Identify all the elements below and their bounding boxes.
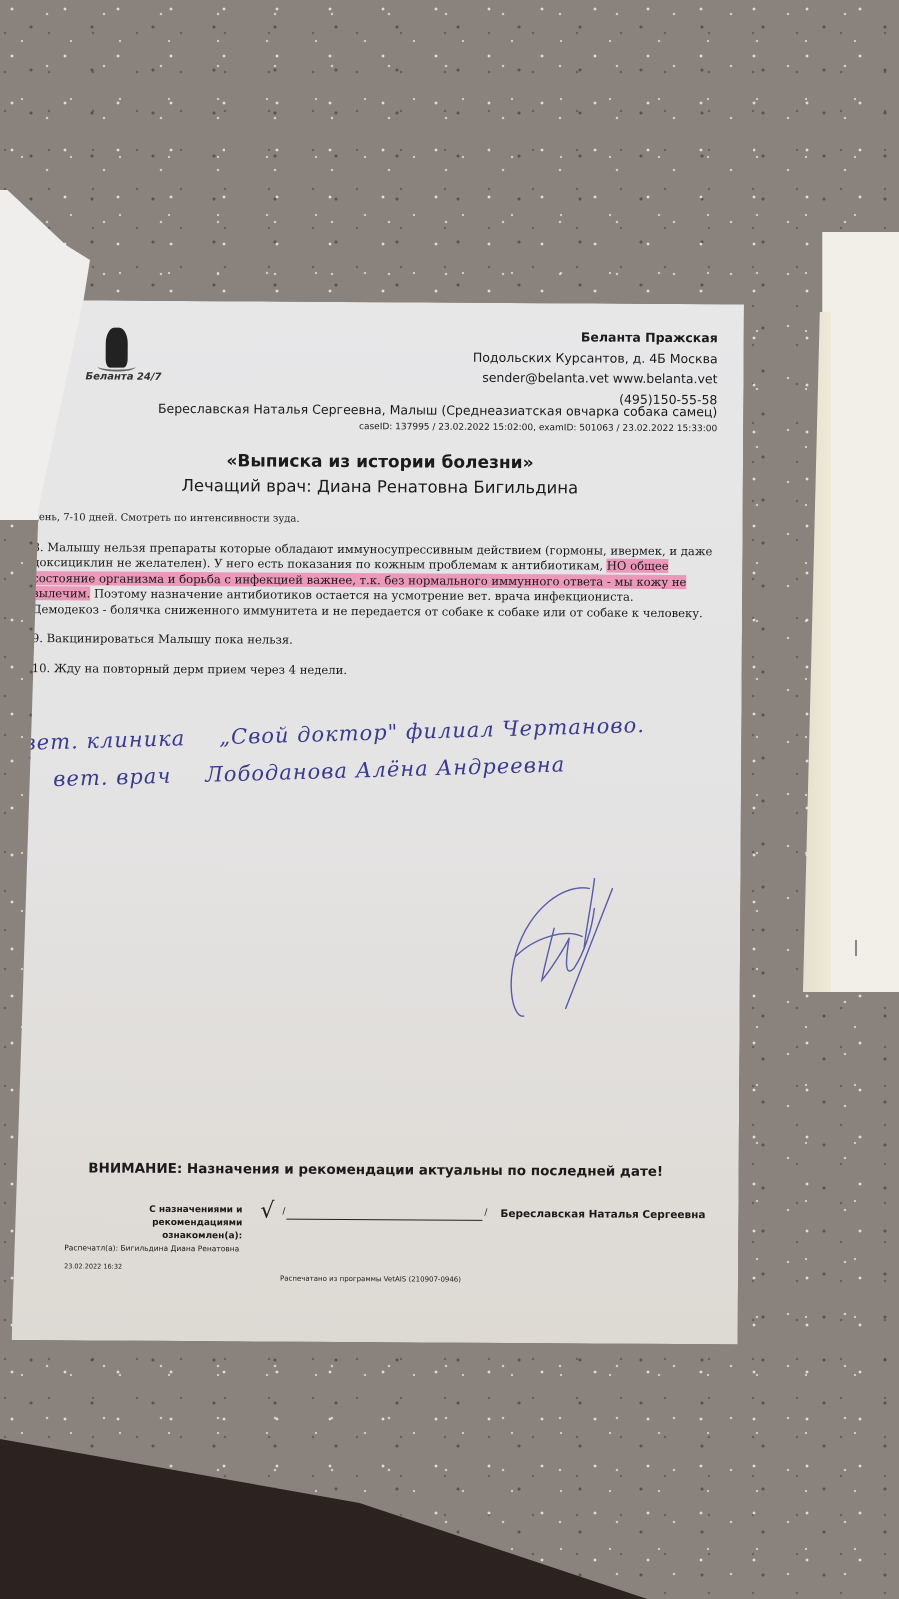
item-9: 9. Вакцинироваться Малышу пока нельзя. (32, 631, 726, 651)
record-body: день, 7-10 дней. Смотреть по интенсивнос… (32, 510, 727, 694)
staple (855, 940, 857, 956)
printed-date: 23.02.2022 16:32 (64, 1262, 122, 1270)
case-id-line: caseID: 137995 / 23.02.2022 15:02:00, ex… (359, 422, 717, 434)
handwritten-vet-line: вет. врачЛободанова Алёна Андреевна (53, 752, 566, 791)
handwritten-signature (494, 868, 635, 1019)
owner-name: Береславская Наталья Сергеевна (500, 1208, 705, 1221)
logo-brand-text: Беланта 24/7 (85, 371, 161, 382)
handwritten-clinic-value: „Свой доктор" филиал Чертаново. (219, 713, 645, 749)
checkmark-icon: √ (260, 1198, 274, 1223)
slash: / (282, 1207, 285, 1217)
warning-notice: ВНИМАНИЕ: Назначения и рекомендации акту… (13, 1160, 739, 1180)
item-8: 8. Малышу нельзя препараты которые облад… (32, 540, 726, 606)
document-title: «Выписка из истории болезни» (17, 450, 743, 474)
clinic-contacts: sender@belanta.vet www.belanta.vet (473, 368, 718, 390)
printed-by: Распечатл(а): Бигильдина Диана Ренатовна (64, 1243, 239, 1253)
clinic-logo: Беланта 24/7 (85, 325, 147, 385)
handwritten-vet-label: вет. врач (53, 764, 172, 791)
handwritten-vet-value: Лободанова Алёна Андреевна (205, 752, 566, 786)
item-10: 10. Жду на повторный дерм прием через 4 … (32, 661, 726, 681)
owner-patient-line: Береславская Наталья Сергеевна, Малыш (С… (158, 401, 717, 419)
acknowledgement-row: С назначениями и рекомендациями ознакомл… (42, 1203, 712, 1241)
handwritten-clinic-label: вет. клиника (23, 726, 185, 755)
attending-doctor: Лечащий врач: Диана Ренатовна Бигильдина (17, 475, 743, 498)
clinic-address: Подольских Курсантов, д. 4Б Москва (473, 347, 718, 369)
acknowledgement-label: С назначениями и рекомендациями ознакомл… (66, 1203, 242, 1243)
logo-hand-shape (98, 361, 136, 371)
signature-line (286, 1208, 482, 1221)
continued-line: день, 7-10 дней. Смотреть по интенсивнос… (33, 510, 727, 530)
slash: / (484, 1208, 487, 1218)
paper-stack-right (822, 232, 899, 992)
medical-record-sheet: Беланта 24/7 Беланта Пражская Подольских… (12, 300, 744, 1344)
item-8-continuation: Поэтому назначение антибиотиков остается… (90, 586, 633, 603)
printed-from-program: Распечатано из программы VetAIS (210907-… (280, 1275, 461, 1284)
clinic-name: Беланта Пражская (473, 327, 718, 349)
clinic-info: Беланта Пражская Подольских Курсантов, д… (473, 327, 718, 410)
handwritten-clinic-line: вет. клиника„Свой доктор" филиал Чертано… (23, 713, 645, 755)
